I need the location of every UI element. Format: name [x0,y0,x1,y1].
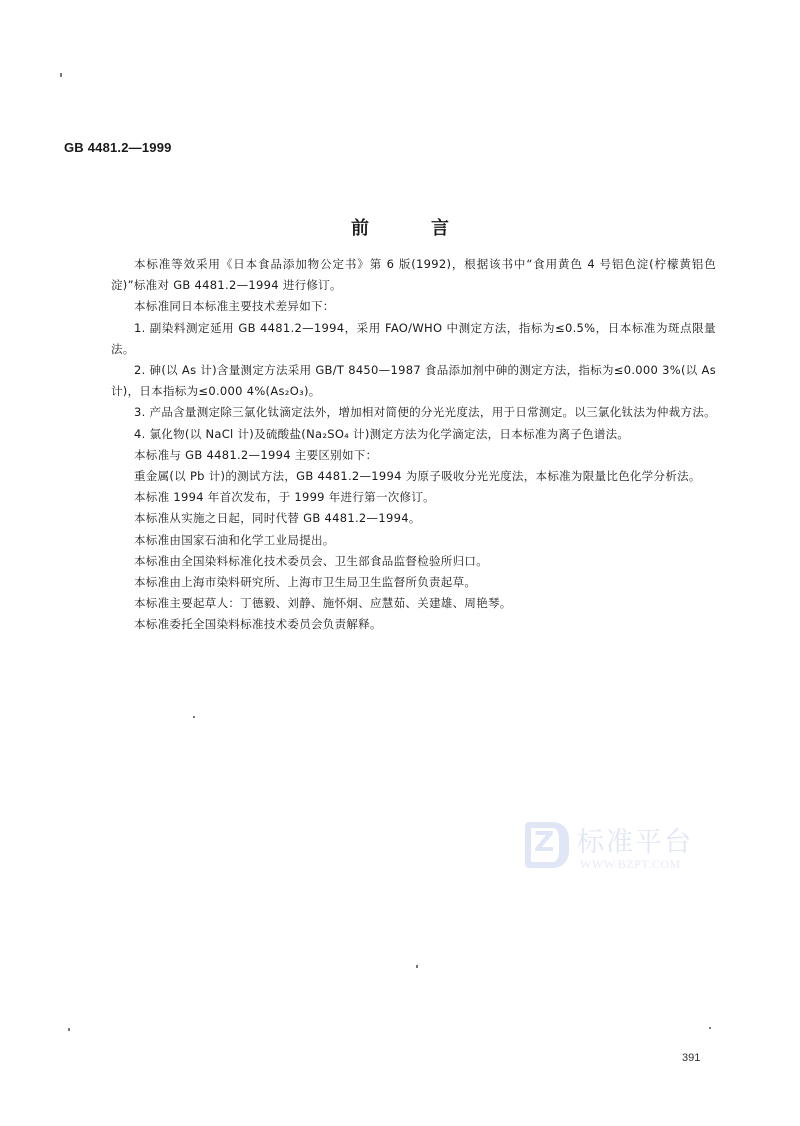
scan-speck [193,716,195,718]
title-char-2: 言 [431,214,449,240]
paragraph-difference-4: 4. 氯化物(以 NaCl 计)及硫酸盐(Na₂SO₄ 计)测定方法为化学滴定法… [111,424,716,445]
paragraph-replaces: 本标准从实施之日起，同时代替 GB 4481.2—1994。 [111,508,716,529]
page-title: 前言 [0,214,800,240]
paragraph-difference-1: 1. 副染料测定延用 GB 4481.2—1994，采用 FAO/WHO 中测定… [111,318,716,360]
scan-speck [68,1028,70,1031]
paragraph-drafted-by: 本标准由上海市染料研究所、上海市卫生局卫生监督所负责起草。 [111,572,716,593]
paragraph-centralized-by: 本标准由全国染料标准化技术委员会、卫生部食品监督检验所归口。 [111,551,716,572]
scan-speck [709,1027,711,1029]
title-char-1: 前 [351,214,369,240]
paragraph-difference-3: 3. 产品含量测定除三氯化钛滴定法外，增加相对简便的分光光度法，用于日常测定。以… [111,402,716,423]
watermark: 标准平台 WWW.BZPT.COM [525,820,725,880]
paragraph-drafters: 本标准主要起草人：丁德毅、刘静、施怀炯、应慧茹、关建雄、周艳琴。 [111,593,716,614]
scan-speck [60,73,62,77]
watermark-url: WWW.BZPT.COM [580,857,681,872]
paragraph-main-changes-heading: 本标准与 GB 4481.2—1994 主要区别如下： [111,445,716,466]
bz-logo-icon [525,822,569,868]
standard-code: GB 4481.2—1999 [64,140,172,155]
paragraph-interpretation: 本标准委托全国染料标准技术委员会负责解释。 [111,614,716,635]
watermark-text-cn: 标准平台 [577,820,693,859]
paragraph-history: 本标准 1994 年首次发布，于 1999 年进行第一次修订。 [111,487,716,508]
scan-speck [416,965,418,968]
paragraph-heavy-metals: 重金属(以 Pb 计)的测试方法，GB 4481.2—1994 为原子吸收分光光… [111,466,716,487]
paragraph-proposed-by: 本标准由国家石油和化学工业局提出。 [111,530,716,551]
paragraph-differences-heading: 本标准同日本标准主要技术差异如下： [111,296,716,317]
page-number: 391 [682,1052,700,1064]
paragraph-difference-2: 2. 砷(以 As 计)含量测定方法采用 GB/T 8450—1987 食品添加… [111,360,716,402]
document-body: 本标准等效采用《日本食品添加物公定书》第 6 版(1992)，根据该书中“食用黄… [111,254,716,636]
paragraph-intro: 本标准等效采用《日本食品添加物公定书》第 6 版(1992)，根据该书中“食用黄… [111,254,716,296]
